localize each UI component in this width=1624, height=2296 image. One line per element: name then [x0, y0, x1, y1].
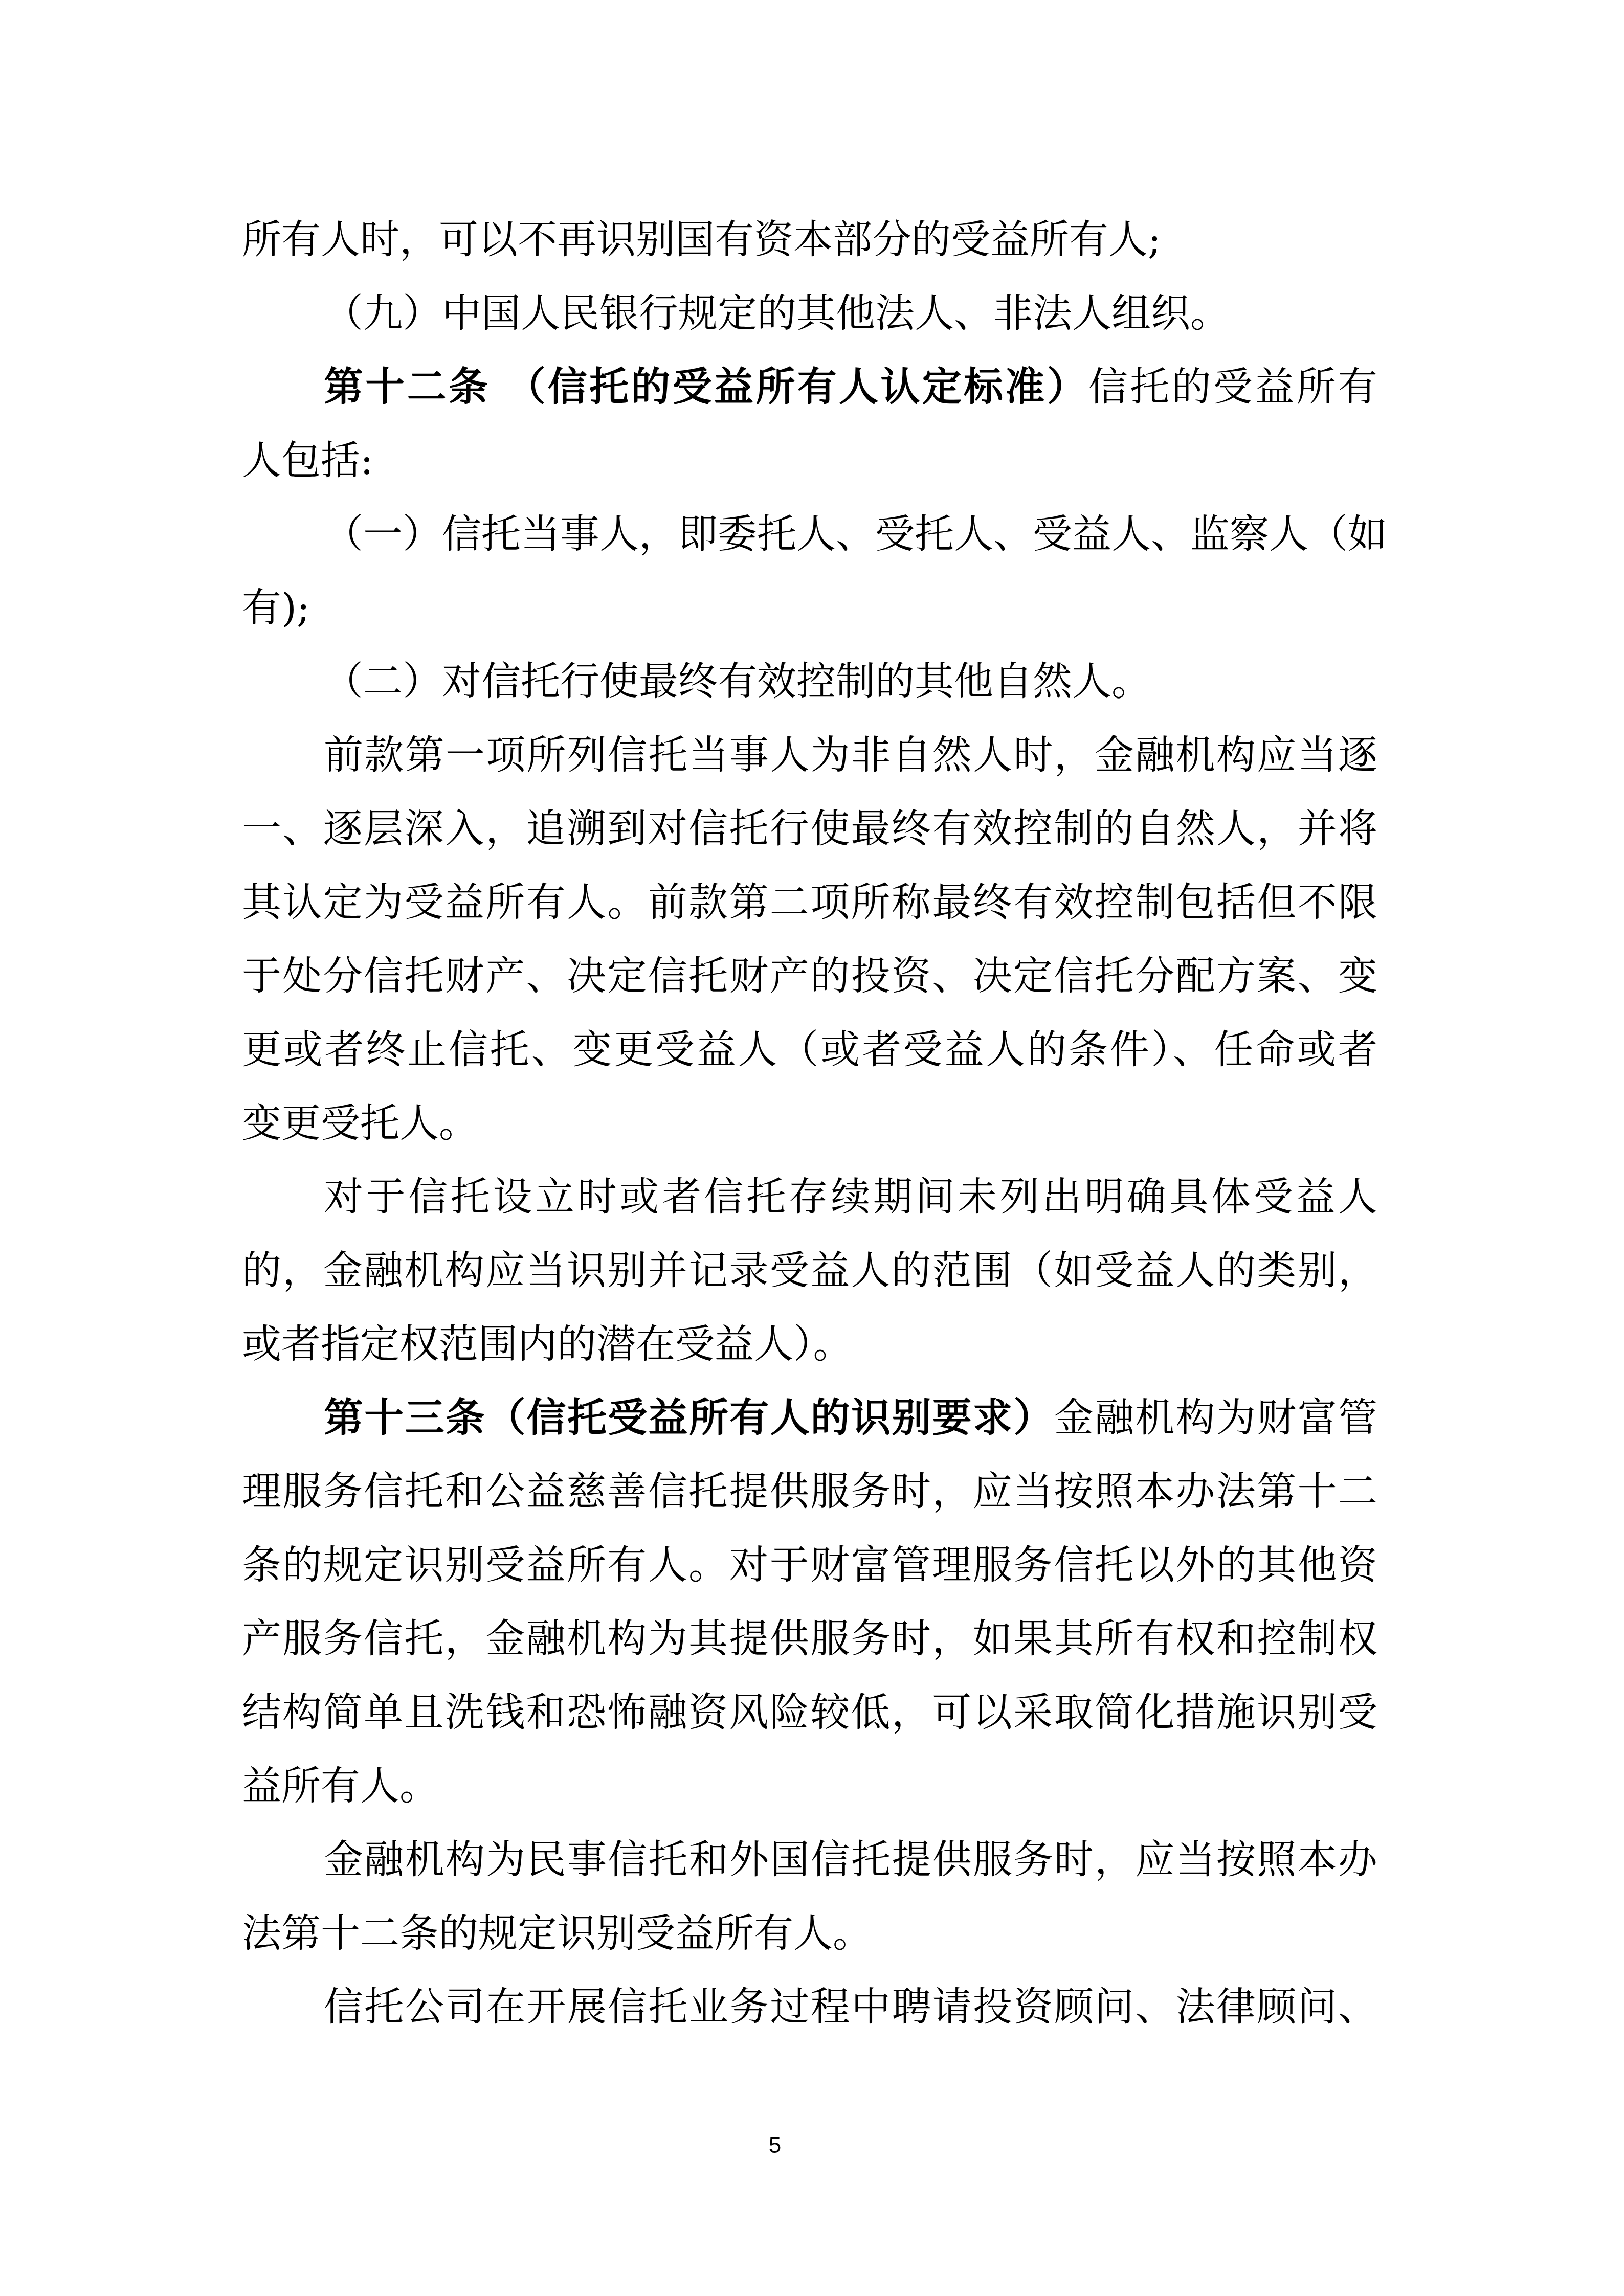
text-line: 变更受托人。 [242, 1098, 1377, 1150]
list-item-nine: （九）中国人民银行规定的其他法人、非法人组织。 [324, 288, 1377, 340]
document-page: 所有人时，可以不再识别国有资本部分的受益所有人; （九）中国人民银行规定的其他法… [0, 0, 1624, 2296]
text-line: 益所有人。 [242, 1761, 1377, 1812]
text-line: 于处分信托财产、决定信托财产的投资、决定信托分配方案、变 [242, 951, 1377, 1002]
text-line: 所有人时，可以不再识别国有资本部分的受益所有人; [242, 215, 1377, 266]
text-line: 的，金融机构应当识别并记录受益人的范围（如受益人的类别， [242, 1246, 1377, 1297]
paragraph-line: 前款第一项所列信托当事人为非自然人时，金融机构应当逐 [324, 730, 1377, 781]
list-item-two: （二）对信托行使最终有效控制的其他自然人。 [324, 657, 1377, 708]
text-line: 有); [242, 583, 1377, 634]
list-item-one: （一）信托当事人，即委托人、受托人、受益人、监察人（如 [324, 509, 1377, 560]
text-line: 结构简单且洗钱和恐怖融资风险较低，可以采取简化措施识别受 [242, 1687, 1377, 1739]
article-12-heading: 第十二条 （信托的受益所有人认定标准） [324, 365, 1088, 410]
paragraph-line: 金融机构为民事信托和外国信托提供服务时，应当按照本办 [324, 1835, 1377, 1886]
article-13-text: 金融机构为财富管 [1054, 1395, 1377, 1441]
text-line: 或者指定权范围内的潜在受益人）。 [242, 1319, 1377, 1370]
article-13-heading: 第十三条（信托受益所有人的识别要求） [324, 1395, 1054, 1441]
page-number: 5 [762, 2131, 788, 2160]
paragraph-line: 对于信托设立时或者信托存续期间未列出明确具体受益人 [324, 1172, 1377, 1223]
text-line: 法第十二条的规定识别受益所有人。 [242, 1908, 1377, 1960]
article-12-text: 信托的受益所有 [1088, 365, 1377, 410]
text-line: 其认定为受益所有人。前款第二项所称最终有效控制包括但不限 [242, 877, 1377, 929]
text-line: 人包括: [242, 436, 1377, 487]
article-13-heading-line: 第十三条（信托受益所有人的识别要求）金融机构为财富管 [324, 1393, 1377, 1444]
text-line: 一、逐层深入，追溯到对信托行使最终有效控制的自然人，并将 [242, 804, 1377, 855]
text-line: 产服务信托，金融机构为其提供服务时，如果其所有权和控制权 [242, 1614, 1377, 1665]
article-12-heading-line: 第十二条 （信托的受益所有人认定标准）信托的受益所有 [324, 362, 1377, 413]
text-line: 理服务信托和公益慈善信托提供服务时，应当按照本办法第十二 [242, 1467, 1377, 1518]
paragraph-line: 信托公司在开展信托业务过程中聘请投资顾问、法律顾问、 [324, 1982, 1377, 2033]
text-line: 条的规定识别受益所有人。对于财富管理服务信托以外的其他资 [242, 1540, 1377, 1591]
text-line: 更或者终止信托、变更受益人（或者受益人的条件）、任命或者 [242, 1025, 1377, 1076]
